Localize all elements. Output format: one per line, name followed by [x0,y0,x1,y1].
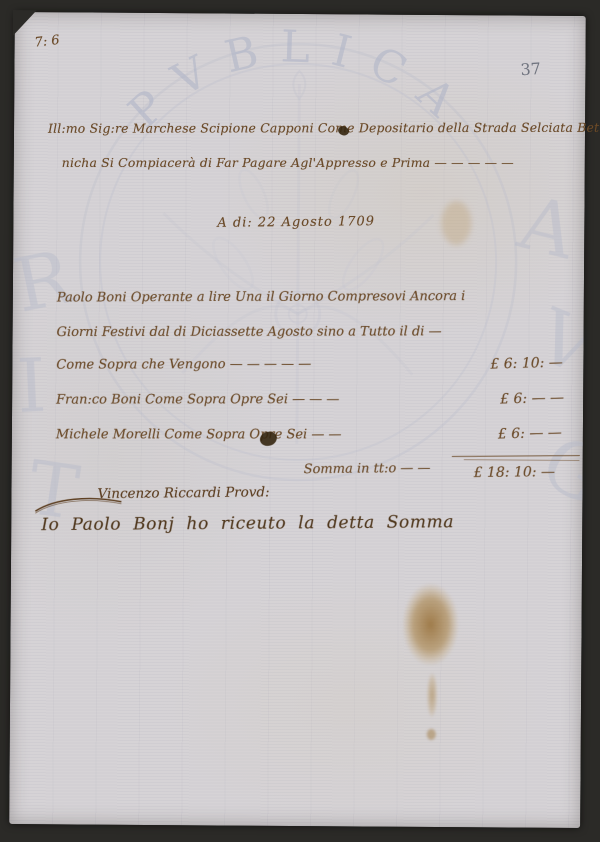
body-line-1: Paolo Boni Operante a lire Una il Giorno… [57,289,465,305]
entry-text: Come Sopra che Vengono — — — — — [56,357,311,373]
receipt-line: Io Paolo Bonj ho riceuto la detta Somma [41,512,454,535]
entry-amount: £ 6: — — [500,390,564,408]
watermark-left-letter: R [9,234,81,330]
entry-amount: £ 6: — — [498,425,562,443]
somma-amount: £ 18: 10: — [474,464,555,481]
folio-number: 37 [520,59,542,79]
ink-stain [394,583,475,754]
entry-text: Fran:co Boni Come Sopra Opre Sei — — — [56,392,339,407]
header-line-1: Ill:mo Sig:re Marchese Scipione Capponi … [48,120,600,136]
paper-sheet: PVBLICA R I T A V G 7: 6 37 Ill:mo Sig:r… [9,12,586,828]
watermark-right-letter: A [510,179,586,276]
torn-corner [13,10,37,36]
corner-note: 7: 6 [34,33,61,51]
watermark-left-letter: I [15,343,48,430]
date-line: A di: 22 Agosto 1709 [217,214,375,231]
watermark-right-letter: V [525,292,586,393]
manuscript-scan: PVBLICA R I T A V G 7: 6 37 Ill:mo Sig:r… [0,0,600,842]
signature: Vincenzo Riccardi Provd: [97,484,269,502]
body-line-2: Giorni Festivi dal di Diciassette Agosto… [57,324,442,340]
sum-rule [452,455,580,457]
sum-rule [464,459,580,461]
header-line-2: nicha Si Compiacerà di Far Pagare Agl'Ap… [62,155,514,170]
paper-smudge [441,201,471,245]
entry-amount: £ 6: 10: — [490,355,563,373]
somma-label: Somma in tt:o — — [304,461,431,477]
entry-text: Michele Morelli Come Sopra Opre Sei — — [56,427,342,442]
